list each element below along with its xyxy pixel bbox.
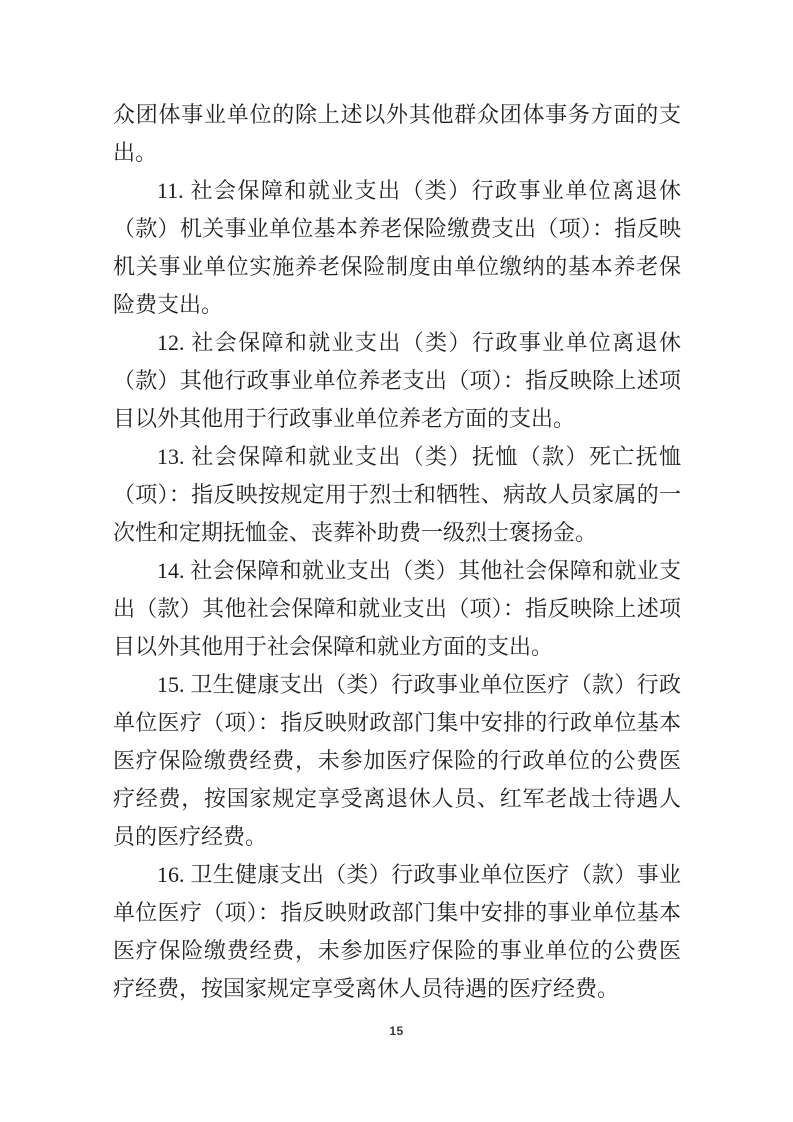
paragraph-item-14: 14. 社会保障和就业支出（类）其他社会保障和就业支出（款）其他社会保障和就业支… — [113, 552, 681, 666]
paragraph-continuation: 众团体事业单位的除上述以外其他群众团体事务方面的支出。 — [113, 96, 681, 172]
document-body: 众团体事业单位的除上述以外其他群众团体事务方面的支出。 11. 社会保障和就业支… — [113, 96, 681, 1008]
paragraph-item-16: 16. 卫生健康支出（类）行政事业单位医疗（款）事业单位医疗（项）：指反映财政部… — [113, 856, 681, 1008]
paragraph-item-13: 13. 社会保障和就业支出（类）抚恤（款）死亡抚恤（项）：指反映按规定用于烈士和… — [113, 438, 681, 552]
paragraph-item-15: 15. 卫生健康支出（类）行政事业单位医疗（款）行政单位医疗（项）：指反映财政部… — [113, 666, 681, 856]
paragraph-item-11: 11. 社会保障和就业支出（类）行政事业单位离退休（款）机关事业单位基本养老保险… — [113, 172, 681, 324]
page-number: 15 — [0, 1024, 793, 1038]
document-page: 众团体事业单位的除上述以外其他群众团体事务方面的支出。 11. 社会保障和就业支… — [0, 0, 793, 1122]
paragraph-item-12: 12. 社会保障和就业支出（类）行政事业单位离退休（款）其他行政事业单位养老支出… — [113, 324, 681, 438]
